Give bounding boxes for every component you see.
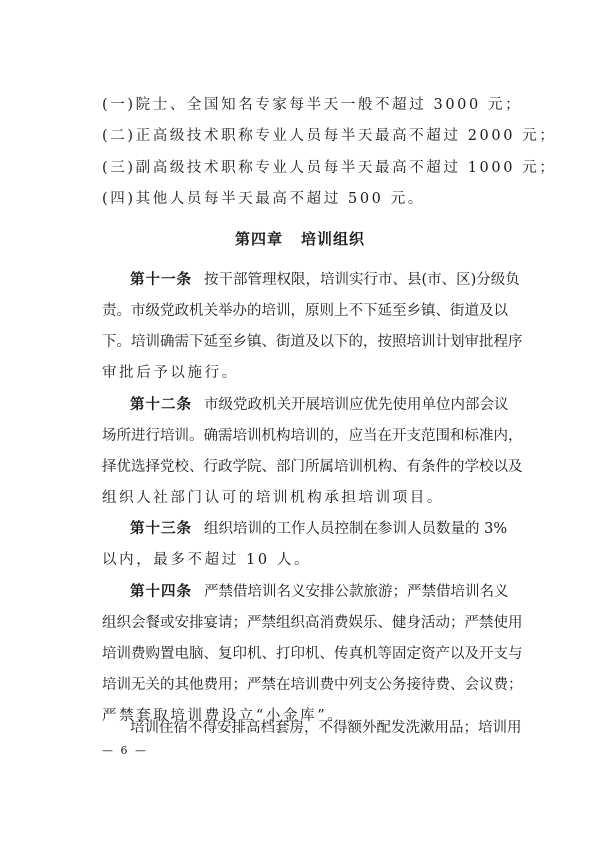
chapter-heading: 第四章培训组织 xyxy=(0,228,600,249)
article-13-line: 第十三条组织培训的工作人员控制在参训人员数量的 3% xyxy=(130,519,504,539)
article-12-line: 择优选择党校、行政学院、部门所属培训机构、有条件的学校以及 xyxy=(102,457,504,477)
document-page: (一)院士、全国知名专家每半天一般不超过 3000 元； (二)正高级技术职称专… xyxy=(0,0,600,843)
article-14-line: 培训费购置电脑、复印机、打印机、传真机等固定资产以及开支与 xyxy=(102,644,504,664)
article-12-line: 组织人社部门认可的培训机构承担培训项目。 xyxy=(102,488,504,508)
chapter-number: 第四章 xyxy=(235,230,283,248)
list-item: (三)副高级技术职称专业人员每半天最高不超过 1000 元； xyxy=(102,158,504,178)
article-14-line: 组织会餐或安排宴请；严禁组织高消费娱乐、健身活动；严禁使用 xyxy=(102,613,504,633)
list-item: (二)正高级技术职称专业人员每半天最高不超过 2000 元； xyxy=(102,126,504,146)
article-11-line: 下。培训确需下延至乡镇、街道及以下的，按照培训计划审批程序 xyxy=(102,332,504,352)
article-label: 第十三条 xyxy=(130,521,192,537)
article-11-line: 第十一条按干部管理权限，培训实行市、县(市、区)分级负 xyxy=(130,270,504,290)
article-12-line: 场所进行培训。确需培训机构培训的，应当在开支范围和标准内， xyxy=(102,426,504,446)
article-14-line: 第十四条严禁借培训名义安排公款旅游；严禁借培训名义 xyxy=(130,582,504,602)
chapter-title: 培训组织 xyxy=(301,230,365,248)
article-12-line: 第十二条市级党政机关开展培训应优先使用单位内部会议 xyxy=(130,395,504,415)
list-item: (四)其他人员每半天最高不超过 500 元。 xyxy=(102,189,504,209)
article-14-line: 培训无关的其他费用；严禁在培训费中列支公务接待费、会议费； xyxy=(102,675,504,695)
paragraph-line: 培训住宿不得安排高档套房，不得额外配发洗漱用品；培训用 xyxy=(130,718,504,738)
article-label: 第十一条 xyxy=(130,272,192,288)
article-11-line: 责。市级党政机关举办的培训，原则上不下延至乡镇、街道及以 xyxy=(102,301,504,321)
article-13-line: 以内，最多不超过 10 人。 xyxy=(102,550,504,570)
article-text: 严禁借培训名义安排公款旅游；严禁借培训名义 xyxy=(204,584,509,600)
article-text: 市级党政机关开展培训应优先使用单位内部会议 xyxy=(204,397,509,413)
article-text: 按干部管理权限，培训实行市、县(市、区)分级负 xyxy=(204,272,520,288)
page-number: — 6 — xyxy=(102,744,148,757)
article-label: 第十四条 xyxy=(130,584,192,600)
list-item: (一)院士、全国知名专家每半天一般不超过 3000 元； xyxy=(102,95,504,115)
article-11-line: 审批后予以施行。 xyxy=(102,363,504,383)
article-text: 组织培训的工作人员控制在参训人员数量的 3% xyxy=(204,521,507,537)
article-label: 第十二条 xyxy=(130,397,192,413)
